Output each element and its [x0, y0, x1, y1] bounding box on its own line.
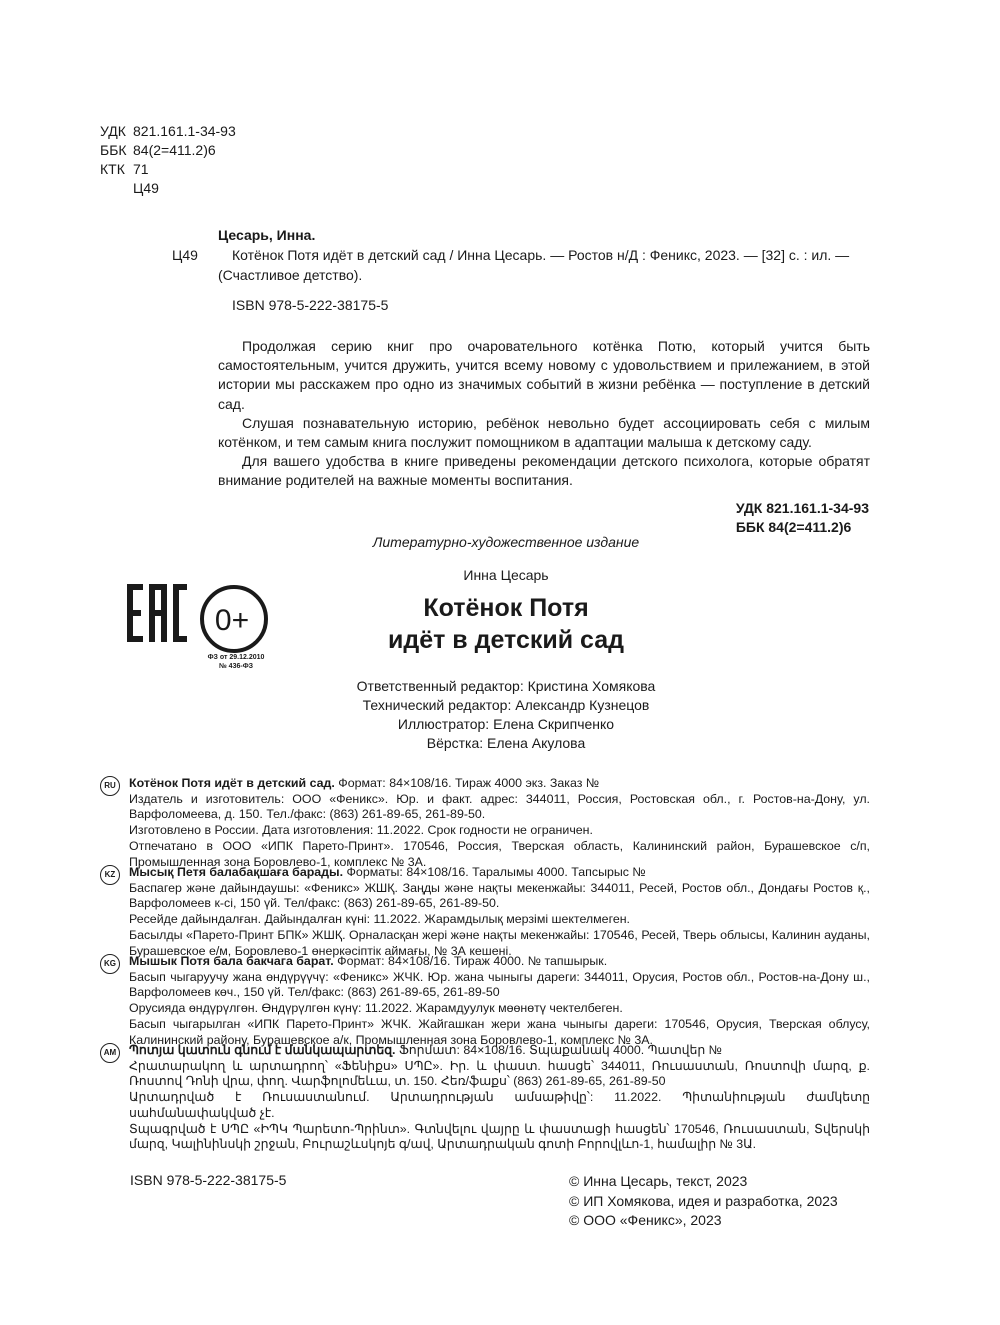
age-rating-icon: 0+ [199, 584, 269, 654]
imprint-title: Котёнок Потя идёт в детский сад. [129, 776, 335, 790]
lang-badge-kg-icon: KG [100, 954, 120, 974]
annotation-paragraph: Для вашего удобства в книге приведены ре… [218, 452, 870, 490]
imprint-title: Мысық Петя балабақшаға барады. [129, 865, 343, 879]
bbk-label: ББК [100, 141, 133, 160]
imprint-line: Տպագրված է ՍՊԸ «ԻՊԿ Պարետո-Պրինտ». Գտնվե… [129, 1122, 870, 1153]
bib-isbn: ISBN 978-5-222-38175-5 [232, 295, 872, 315]
udk-label: УДК [100, 122, 133, 141]
svg-text:0+: 0+ [215, 604, 249, 637]
lang-badge-kz-icon: KZ [100, 865, 120, 885]
bib-description: Котёнок Потя идёт в детский сад / Инна Ц… [218, 245, 872, 265]
copyright-line: © ООО «Феникс», 2023 [569, 1211, 838, 1231]
lang-badge-am-icon: AM [100, 1043, 120, 1063]
udk-right: УДК 821.161.1-34-93 [736, 499, 869, 518]
imprint-am: AM Պոտյա կատուն գնում է մանկապարտեզ. Ֆոր… [129, 1043, 870, 1153]
annotation-paragraph: Продолжая серию книг про очаровательного… [218, 337, 870, 414]
author-name: Инна Цесарь [0, 567, 1000, 583]
copyright-line: © ИП Хомякова, идея и разработка, 2023 [569, 1192, 838, 1212]
imprint-line: Արտադրված է Ռուսաստանում. Արտադրության ա… [129, 1090, 870, 1121]
imprint-line: Басып чыгаруучу жана өндүрүүчү: «Феникс»… [129, 970, 870, 1001]
bbk-row: ББК 84(2=411.2)6 [100, 141, 236, 160]
imprint-title: Պոտյա կատուն գնում է մանկապարտեզ. [129, 1043, 396, 1057]
bib-author-mark: Ц49 [172, 245, 218, 265]
imprint-line: Հրատարակող և արտադրող՝ «Ֆենիքս» ՍՊԸ». Իր… [129, 1059, 870, 1090]
bibliographic-record: Цесарь, Инна. Ц49 Котёнок Потя идёт в де… [172, 225, 872, 315]
imprint-line: Изготовлено в России. Дата изготовления:… [129, 823, 870, 839]
imprint-line: Орусияда өндүрүлгөн. Өндүрүлгөн күнү: 11… [129, 1001, 870, 1017]
credit-tech-editor: Технический редактор: Александр Кузнецов [0, 696, 1000, 715]
credit-layout: Вёрстка: Елена Акулова [0, 734, 1000, 753]
annotation: Продолжая серию книг про очаровательного… [218, 337, 870, 491]
eac-mark-icon [127, 584, 187, 642]
annotation-paragraph: Слушая познавательную историю, ребёнок н… [218, 414, 870, 452]
ktk-value: 71 [133, 160, 149, 179]
imprint-ru: RU Котёнок Потя идёт в детский сад. Форм… [129, 776, 870, 870]
law-note-line-1: ФЗ от 29.12.2010 [191, 653, 281, 662]
author-mark-label [100, 179, 133, 198]
credits: Ответственный редактор: Кристина Хомяков… [0, 677, 1000, 753]
classification-right: УДК 821.161.1-34-93 ББК 84(2=411.2)6 [736, 499, 869, 537]
bbk-value: 84(2=411.2)6 [133, 141, 216, 160]
imprint-title: Мышык Потя бала бакчага барат. [129, 954, 334, 968]
lang-badge-ru-icon: RU [100, 776, 120, 796]
classification-block: УДК 821.161.1-34-93 ББК 84(2=411.2)6 КТК… [100, 122, 236, 198]
imprint-line: Баспагер және дайындаушы: «Феникс» ЖШҚ. … [129, 881, 870, 912]
isbn-bottom: ISBN 978-5-222-38175-5 [130, 1172, 286, 1188]
imprint-format: Форматы: 84×108/16. Таралымы 4000. Тапсы… [347, 865, 646, 879]
bib-author: Цесарь, Инна. [218, 225, 872, 245]
credit-editor: Ответственный редактор: Кристина Хомяков… [0, 677, 1000, 696]
age-rating-law-note: ФЗ от 29.12.2010 № 436-ФЗ [191, 653, 281, 671]
bib-series: (Счастливое детство). [218, 265, 872, 285]
ktk-row: КТК 71 [100, 160, 236, 179]
law-note-line-2: № 436-ФЗ [191, 662, 281, 671]
imprint-kz: KZ Мысық Петя балабақшаға барады. Формат… [129, 865, 870, 959]
imprint-format: Формат: 84×108/16. Тираж 4000. № тапшыры… [337, 954, 607, 968]
author-mark-value: Ц49 [133, 179, 159, 198]
copyright-block: © Инна Цесарь, текст, 2023 © ИП Хомякова… [569, 1172, 838, 1231]
imprint-line: Ресейде дайындалған. Дайындалған күні: 1… [129, 912, 870, 928]
credit-illustrator: Иллюстратор: Елена Скрипченко [0, 715, 1000, 734]
imprint-format: Ֆորմատ: 84×108/16. Տպաքանակ 4000. Պատվեր… [399, 1043, 722, 1057]
imprint-line: Издатель и изготовитель: ООО «Феникс». Ю… [129, 792, 870, 823]
copyright-line: © Инна Цесарь, текст, 2023 [569, 1172, 838, 1192]
udk-row: УДК 821.161.1-34-93 [100, 122, 236, 141]
genre-label: Литературно-художественное издание [0, 534, 1000, 550]
udk-value: 821.161.1-34-93 [133, 122, 236, 141]
imprint-kg: KG Мышык Потя бала бакчага барат. Формат… [129, 954, 870, 1048]
author-mark-row: Ц49 [100, 179, 236, 198]
imprint-format: Формат: 84×108/16. Тираж 4000 экз. Заказ… [338, 776, 599, 790]
ktk-label: КТК [100, 160, 133, 179]
